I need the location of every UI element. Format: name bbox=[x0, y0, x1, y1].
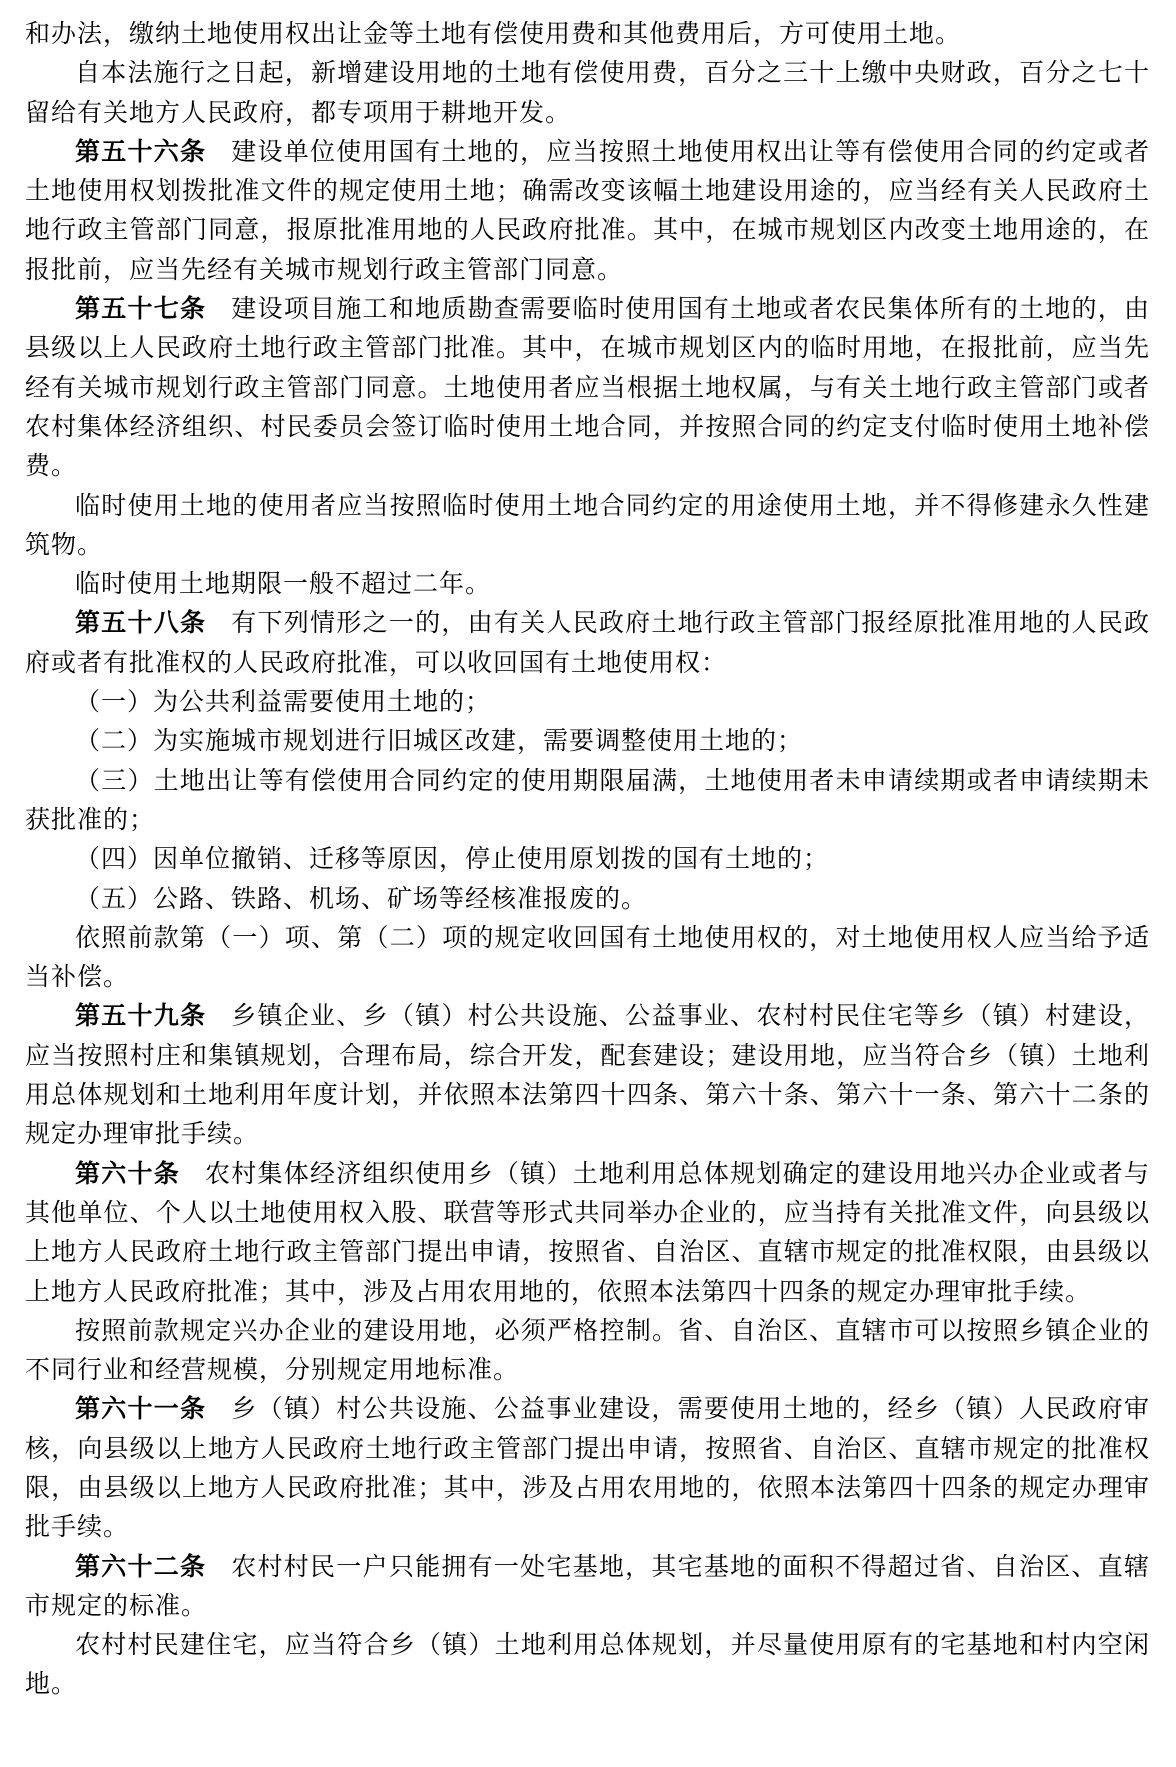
paragraph: 按照前款规定兴办企业的建设用地，必须严格控制。省、自治区、直辖市可以按照乡镇企业… bbox=[25, 1312, 1150, 1391]
paragraph: 和办法，缴纳土地使用权出让金等土地有偿使用费和其他费用后，方可使用土地。 bbox=[25, 15, 1150, 54]
paragraph-text: 和办法，缴纳土地使用权出让金等土地有偿使用费和其他费用后，方可使用土地。 bbox=[25, 21, 961, 48]
paragraph-text: 农村村民建住宅，应当符合乡（镇）土地利用总体规划，并尽量使用原有的宅基地和村内空… bbox=[25, 1632, 1150, 1698]
paragraph: （三）土地出让等有偿使用合同约定的使用期限届满，土地使用者未申请续期或者申请续期… bbox=[25, 762, 1150, 841]
paragraph-text: 农村集体经济组织使用乡（镇）土地利用总体规划确定的建设用地兴办企业或者与其他单位… bbox=[25, 1161, 1150, 1306]
paragraph-text: 依照前款第（一）项、第（二）项的规定收回国有土地使用权的，对土地使用权人应当给予… bbox=[25, 925, 1150, 991]
paragraph: （一）为公共利益需要使用土地的； bbox=[25, 683, 1150, 722]
paragraph: 第五十六条建设单位使用国有土地的，应当按照土地使用权出让等有偿使用合同的约定或者… bbox=[25, 133, 1150, 290]
paragraph-text: （三）土地出让等有偿使用合同约定的使用期限届满，土地使用者未申请续期或者申请续期… bbox=[25, 768, 1150, 834]
paragraph: （二）为实施城市规划进行旧城区改建，需要调整使用土地的； bbox=[25, 722, 1150, 761]
paragraph: 农村村民建住宅，应当符合乡（镇）土地利用总体规划，并尽量使用原有的宅基地和村内空… bbox=[25, 1626, 1150, 1705]
paragraph-text: 自本法施行之日起，新增建设用地的土地有偿使用费，百分之三十上缴中央财政，百分之七… bbox=[25, 60, 1150, 126]
paragraph-text: （二）为实施城市规划进行旧城区改建，需要调整使用土地的； bbox=[75, 728, 803, 755]
paragraph-text: （五）公路、铁路、机场、矿场等经核准报废的。 bbox=[75, 886, 647, 913]
article-number-label: 第六十条 bbox=[75, 1161, 180, 1188]
paragraph: 依照前款第（一）项、第（二）项的规定收回国有土地使用权的，对土地使用权人应当给予… bbox=[25, 919, 1150, 998]
article-number-label: 第五十六条 bbox=[75, 139, 206, 166]
article-number-label: 第六十一条 bbox=[75, 1396, 206, 1423]
paragraph: 第六十二条农村村民一户只能拥有一处宅基地，其宅基地的面积不得超过省、自治区、直辖… bbox=[25, 1548, 1150, 1627]
paragraph: 临时使用土地期限一般不超过二年。 bbox=[25, 565, 1150, 604]
paragraph: 第五十七条建设项目施工和地质勘查需要临时使用国有土地或者农民集体所有的土地的，由… bbox=[25, 290, 1150, 486]
paragraph-text: 按照前款规定兴办企业的建设用地，必须严格控制。省、自治区、直辖市可以按照乡镇企业… bbox=[25, 1318, 1150, 1384]
paragraph-text: 临时使用土地的使用者应当按照临时使用土地合同约定的用途使用土地，并不得修建永久性… bbox=[25, 493, 1150, 559]
article-number-label: 第五十七条 bbox=[75, 296, 206, 323]
paragraph: 临时使用土地的使用者应当按照临时使用土地合同约定的用途使用土地，并不得修建永久性… bbox=[25, 487, 1150, 566]
paragraph: 第六十条农村集体经济组织使用乡（镇）土地利用总体规划确定的建设用地兴办企业或者与… bbox=[25, 1155, 1150, 1312]
paragraph: 第六十一条乡（镇）村公共设施、公益事业建设，需要使用土地的，经乡（镇）人民政府审… bbox=[25, 1390, 1150, 1547]
paragraph: 自本法施行之日起，新增建设用地的土地有偿使用费，百分之三十上缴中央财政，百分之七… bbox=[25, 54, 1150, 133]
paragraph: 第五十九条乡镇企业、乡（镇）村公共设施、公益事业、农村村民住宅等乡（镇）村建设，… bbox=[25, 997, 1150, 1154]
article-number-label: 第六十二条 bbox=[75, 1554, 206, 1581]
document-body: 和办法，缴纳土地使用权出让金等土地有偿使用费和其他费用后，方可使用土地。 自本法… bbox=[25, 15, 1150, 1705]
paragraph-text: 临时使用土地期限一般不超过二年。 bbox=[75, 571, 491, 598]
document-page: 和办法，缴纳土地使用权出让金等土地有偿使用费和其他费用后，方可使用土地。 自本法… bbox=[0, 0, 1176, 1767]
article-number-label: 第五十八条 bbox=[75, 610, 206, 637]
paragraph: （四）因单位撤销、迁移等原因，停止使用原划拨的国有土地的； bbox=[25, 840, 1150, 879]
paragraph-text: 建设项目施工和地质勘查需要临时使用国有土地或者农民集体所有的土地的，由县级以上人… bbox=[25, 296, 1150, 480]
paragraph-text: （一）为公共利益需要使用土地的； bbox=[75, 689, 491, 716]
paragraph: 第五十八条有下列情形之一的，由有关人民政府土地行政主管部门报经原批准用地的人民政… bbox=[25, 604, 1150, 683]
paragraph-text: （四）因单位撤销、迁移等原因，停止使用原划拨的国有土地的； bbox=[75, 846, 829, 873]
paragraph: （五）公路、铁路、机场、矿场等经核准报废的。 bbox=[25, 880, 1150, 919]
article-number-label: 第五十九条 bbox=[75, 1003, 206, 1030]
